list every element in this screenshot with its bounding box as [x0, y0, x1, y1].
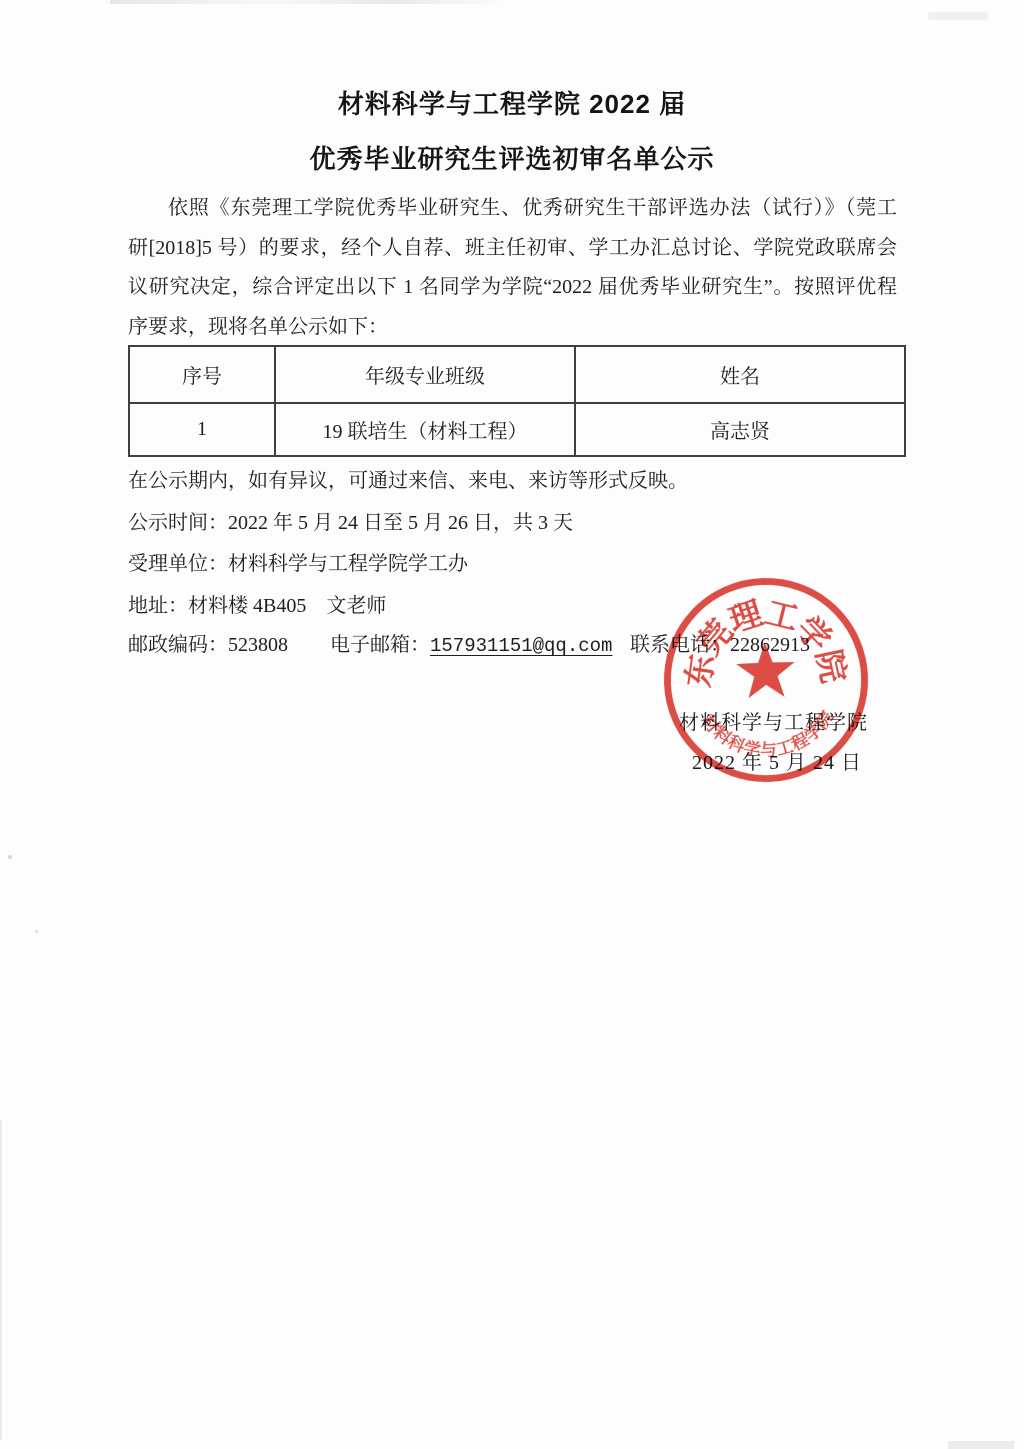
- table-header-row: 序号 年级专业班级 姓名: [129, 346, 905, 403]
- postal-code: 邮政编码：523808: [128, 628, 288, 657]
- email-item: 电子邮箱：157931151@qq.com: [330, 628, 612, 657]
- signature-organization: 材料科学与工程学院: [679, 706, 868, 735]
- scan-artifact-left-edge: [0, 1120, 2, 1440]
- phone-number: 联系电话：22862913: [630, 628, 810, 657]
- scan-artifact-speck: [35, 930, 38, 933]
- paragraph-line: 议研究决定，综合评定出以下 1 名同学为学院“2022 届优秀毕业研究生”。按照…: [128, 268, 897, 308]
- header-serial-number: 序号: [129, 346, 275, 403]
- page-title-line1: 材料科学与工程学院 2022 届: [0, 84, 1024, 121]
- header-name: 姓名: [575, 346, 905, 403]
- signature-date: 2022 年 5 月 24 日: [692, 746, 862, 775]
- cell-name: 高志贤: [575, 403, 905, 456]
- scan-artifact-bottom-right: [948, 1441, 1014, 1449]
- paragraph-line: 序要求，现将名单公示如下：: [128, 308, 897, 348]
- header-class: 年级专业班级: [275, 346, 575, 403]
- accepting-unit: 受理单位：材料科学与工程学院学工办: [128, 547, 468, 576]
- scan-artifact-speck: [8, 855, 12, 859]
- table-row: 1 19 联培生（材料工程） 高志贤: [129, 403, 905, 456]
- publicity-period: 公示时间：2022 年 5 月 24 日至 5 月 26 日，共 3 天: [128, 506, 573, 535]
- cell-class: 19 联培生（材料工程）: [275, 403, 575, 456]
- email-link[interactable]: 157931151@qq.com: [430, 635, 612, 657]
- paragraph-line: 研[2018]5 号）的要求，经个人自荐、班主任初审、学工办汇总讨论、学院党政联…: [128, 229, 897, 269]
- paragraph-line: 依照《东莞理工学院优秀毕业研究生、优秀研究生干部评选办法（试行）》（莞工: [128, 189, 897, 229]
- scan-artifact-top-right: [928, 12, 988, 20]
- cell-serial-number: 1: [129, 403, 275, 456]
- scan-artifact-top: [110, 0, 510, 4]
- objection-note: 在公示期内，如有异议，可通过来信、来电、来访等形式反映。: [128, 464, 688, 493]
- intro-paragraph: 依照《东莞理工学院优秀毕业研究生、优秀研究生干部评选办法（试行）》（莞工 研[2…: [128, 189, 897, 347]
- document-page: 材料科学与工程学院 2022 届 优秀毕业研究生评选初审名单公示 依照《东莞理工…: [0, 0, 1024, 1449]
- roster-table: 序号 年级专业班级 姓名 1 19 联培生（材料工程） 高志贤: [128, 345, 906, 457]
- address-line: 地址：材料楼 4B405 文老师: [128, 589, 386, 618]
- page-title-line2: 优秀毕业研究生评选初审名单公示: [0, 139, 1024, 176]
- email-label: 电子邮箱：: [330, 634, 430, 656]
